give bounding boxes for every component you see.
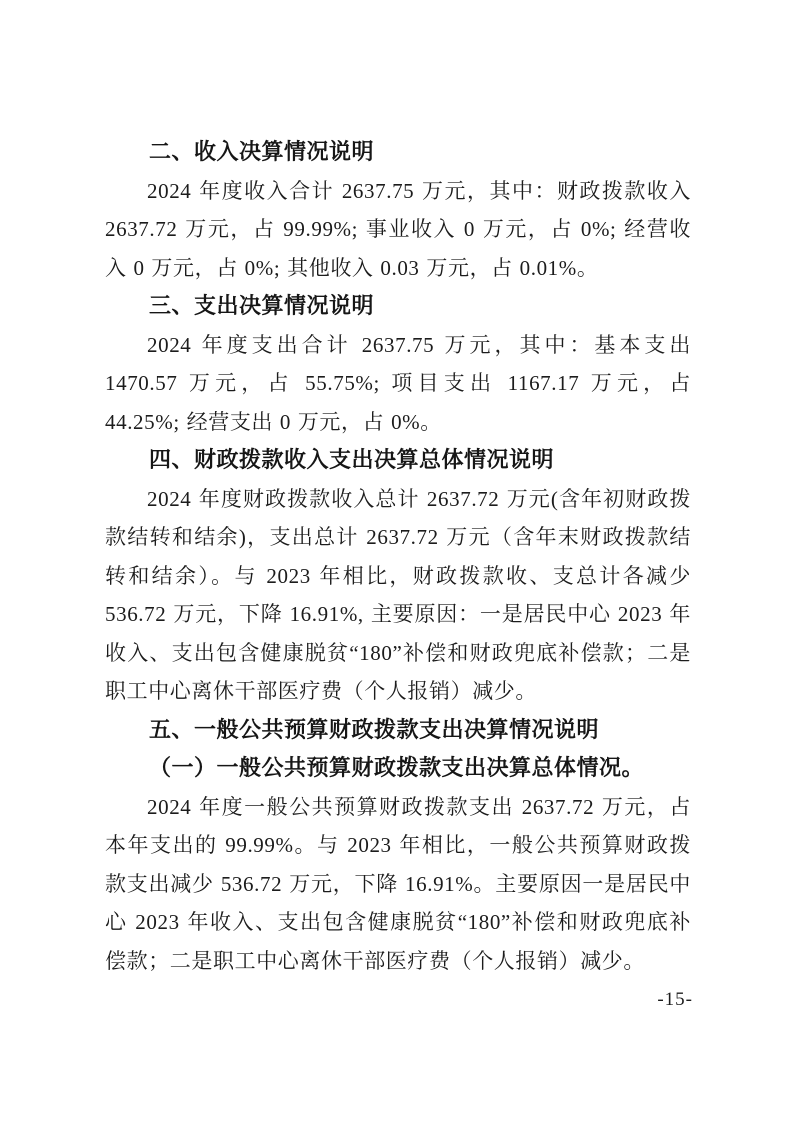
paragraph-expenditure-details: 2024 年度支出合计 2637.75 万元，其中：基本支出 1470.57 万… — [105, 326, 691, 442]
subsection-heading-general-public-budget-overview: （一）一般公共预算财政拨款支出决算总体情况。 — [105, 749, 691, 788]
paragraph-general-public-budget-details: 2024 年度一般公共预算财政拨款支出 2637.72 万元，占本年支出的 99… — [105, 788, 691, 981]
section-heading-fiscal-appropriation-overview: 四、财政拨款收入支出决算总体情况说明 — [105, 441, 691, 480]
document-body: 二、收入决算情况说明 2024 年度收入合计 2637.75 万元，其中：财政拨… — [105, 133, 691, 980]
paragraph-income-details: 2024 年度收入合计 2637.75 万元，其中：财政拨款收入 2637.72… — [105, 172, 691, 288]
page-number: -15- — [657, 989, 693, 1011]
section-heading-expenditure: 三、支出决算情况说明 — [105, 287, 691, 326]
document-page: 二、收入决算情况说明 2024 年度收入合计 2637.75 万元，其中：财政拨… — [0, 0, 793, 1122]
section-heading-income: 二、收入决算情况说明 — [105, 133, 691, 172]
section-heading-general-public-budget: 五、一般公共预算财政拨款支出决算情况说明 — [105, 711, 691, 750]
paragraph-fiscal-appropriation-details: 2024 年度财政拨款收入总计 2637.72 万元(含年初财政拨款结转和结余)… — [105, 480, 691, 711]
